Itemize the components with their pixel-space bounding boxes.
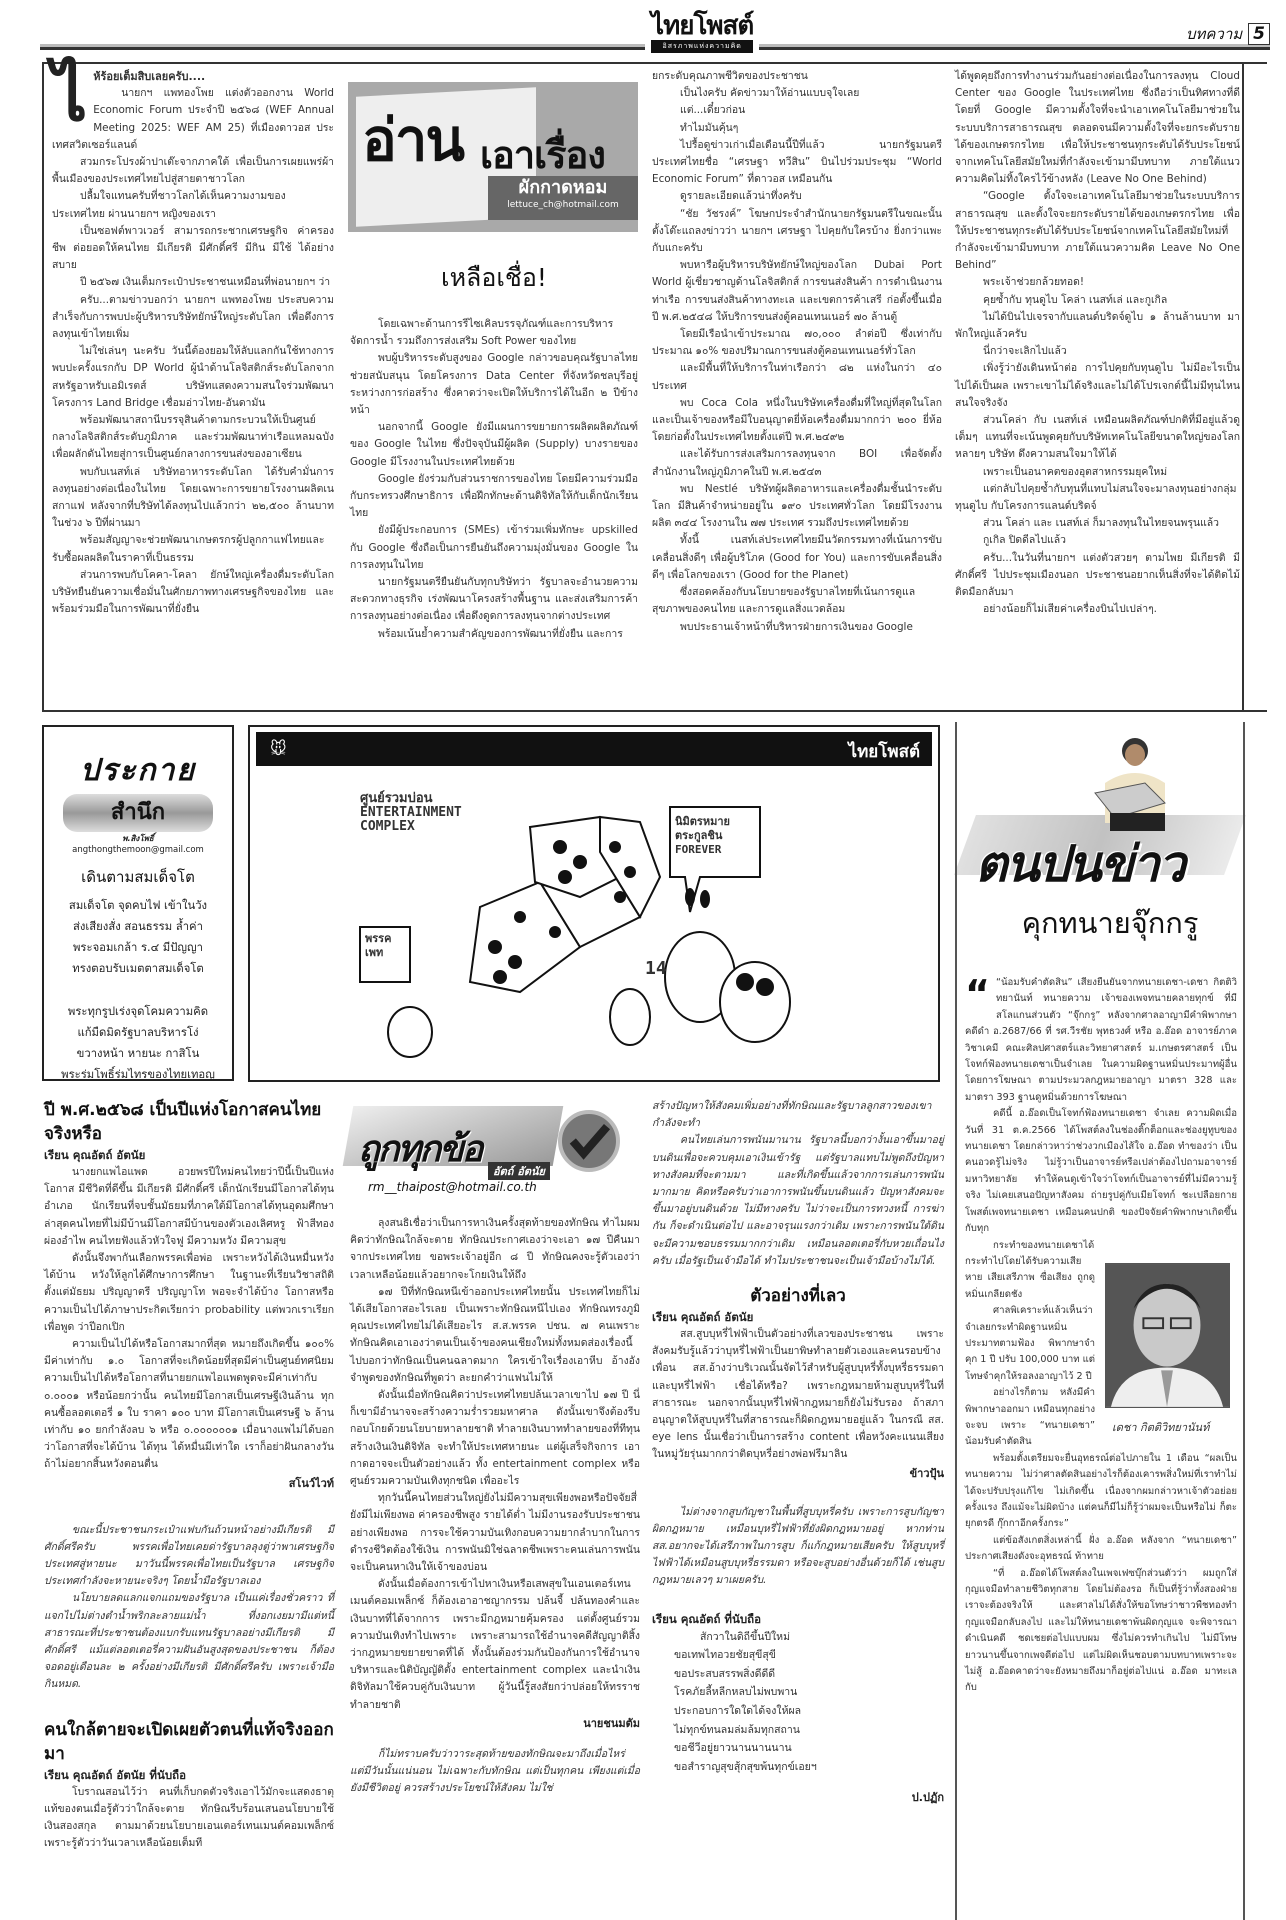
poem-line: สักวาในดิถีขึ้นปีใหม่ (652, 1628, 944, 1647)
letters-col-2: ลุงสนธิเชื่อว่าเป็นการหาเงินครั้งสุดท้าย… (350, 1215, 640, 1798)
prakai-logo: ประกาย (44, 747, 232, 794)
article-paragraph: ครับ...ในวันที่นายกฯ แต่งตัวสวยๆ ตามไพย … (955, 550, 1240, 602)
letter-paragraph: สส.สูบบุหรี่ไฟฟ้าเป็นตัวอย่างที่เลวของปร… (652, 1326, 944, 1464)
column-logo: ถูกทุกข้อ (358, 1120, 481, 1177)
poem-line: ขอสำราญสุขสุ้กสุขพ้นทุกข์เอยฯ (652, 1758, 944, 1777)
cartoon-speech-bubble: นิมิตรหมาย ตระกูลชิน FOREVER (675, 815, 760, 857)
article-paragraph: ส่วนโคล่า กับ เนสท์เล่ เหมือนผลิตภัณฑ์ปก… (955, 412, 1240, 464)
thuk-thuk-kho-banner: ถูกทุกข้อ อัตถ์ อัตนัย rm__thaipost@hotm… (348, 1098, 638, 1190)
poem-line: สมเด็จโต จุดคบไฟ เข้าในวัง (44, 895, 232, 916)
quote-mark-icon: “ (965, 975, 990, 1013)
editor-reply: คนไทยเล่นการพนันมานาน รัฐบาลนี้บอกว่างั้… (652, 1132, 944, 1270)
letter-salutation: เรียน คุณอัตถ์ อัตนัย (652, 1308, 944, 1326)
letter-paragraph: ลุงสนธิเชื่อว่าเป็นการหาเงินครั้งสุดท้าย… (350, 1215, 640, 1284)
article-paragraph: “ชัย วัชรงค์” โฆษกประจำสำนักนายกรัฐมนตรี… (652, 206, 942, 258)
article-paragraph: พบหารือผู้บริหารบริษัทยักษ์ใหญ่ของโลก Du… (652, 257, 942, 326)
letter-paragraph: ความเป็นไปได้หรือโอกาสมากที่สุด หมายถึงเ… (44, 1336, 334, 1474)
article-paragraph: พบ Coca Cola หนึ่งในบริษัทเครื่องดื่มที่… (652, 395, 942, 447)
letter-salutation: เรียน คุณอัตถ์ อัตนัย (44, 1146, 334, 1164)
letter-paragraph: ดังนั้นจึงพากันเลือกพรรคเพื่อพ่อ เพราะหว… (44, 1250, 334, 1336)
poem-line: ทรงตอบรับเมตตาสมเด็จโต (44, 958, 232, 979)
col-article-4: ได้พูดคุยถึงการทำงานร่วมกันอย่างต่อเนื่อ… (955, 68, 1240, 619)
article-paragraph: นอกจากนี้ Google ยังมีแผนการขยายการผลิตผ… (350, 419, 638, 471)
editor-reply: ก็ไม่ทราบครับว่าวาระสุดท้ายของทักษิณจะมา… (350, 1746, 640, 1798)
article-paragraph: แต่...เดี๋ยวก่อน (652, 102, 942, 119)
letters-col-1: ปี พ.ศ.๒๕๖๘ เป็นปีแห่งโอกาสคนไทยจริงหรือ… (44, 1098, 334, 1853)
poem-line: พระร่มโพธิ์ร่มไทรของไทยเทอญ (44, 1064, 232, 1085)
column-banner-an-ao-rueang: อ่าน เอาเรื่อง ผักกาดหอม lettuce_ch@hotm… (348, 82, 638, 232)
cartoon-board-text: พรรค เพท (365, 932, 410, 960)
editor-reply: ขณะนี้ประชาชนกระเป๋าแฟบกันถ้วนหน้าอย่างม… (44, 1522, 334, 1591)
drop-cap: ไ (52, 64, 87, 128)
editorial-cartoon: 🐭 ไทยโพสต์ ศูนย์รวมบ่อน ENTERTAINMENT CO… (248, 725, 940, 1082)
article-paragraph: พบผู้บริหารระดับสูงของ Google กล่าวขอบคุ… (350, 350, 638, 419)
photo-caption: เดชา กิตติวิทยานันท์ (1112, 1418, 1209, 1436)
article-paragraph: ยังมีผู้ประกอบการ (SMEs) เข้าร่วมเพิ่มทั… (350, 522, 638, 574)
col-article-1: ไ ห้ร้อยเต็มสิบเลยครับ.... นายกฯ แพทองโพ… (52, 68, 334, 619)
prakai-poem-box: ประกาย สำนึก พ.สิงโพธิ์ angthongthemoon@… (42, 725, 234, 1081)
article-paragraph: ศาลพิเคราะห์แล้วเห็นว่า จำเลยกระทำผิดฐาน… (965, 1303, 1095, 1385)
cartoon-number: 14 (645, 962, 667, 976)
article-paragraph: และได้รับการส่งเสริมการลงทุนจาก BOI เพื่… (652, 446, 942, 480)
article-paragraph: นายกฯ แพทองโพย แต่งตัวออกงาน World Econo… (52, 85, 334, 154)
portrait-illustration (1106, 1264, 1229, 1407)
columnist-email[interactable]: rm__thaipost@hotmail.co.th (368, 1180, 537, 1194)
letter-paragraph: ดังนั้นเมื่อทักษิณคิดว่าประเทศไทยปล้นเวล… (350, 1387, 640, 1490)
author-email[interactable]: lettuce_ch@hotmail.com (488, 200, 638, 210)
poem-email[interactable]: angthongthemoon@gmail.com (44, 845, 232, 855)
article-paragraph: แต่กลับไปคุยซ้ำกับทุนที่แทบไม่สนใจจะมาลง… (955, 481, 1240, 515)
letter-title: ปี พ.ศ.๒๕๖๘ เป็นปีแห่งโอกาสคนไทยจริงหรือ (44, 1098, 334, 1146)
article-paragraph: พระเจ้าช่วยกล้วยทอด! (955, 274, 1240, 291)
article-paragraph: อย่างน้อยก็ไม่เสียค่าเครื่องบินไปเปล่าๆ. (955, 601, 1240, 618)
poem-line: พระจอมเกล้า ร.๔ มีปัญญา (44, 937, 232, 958)
letter-salutation: เรียน คุณอัตถ์ อัตนัย ที่นับถือ (44, 1766, 334, 1784)
article-paragraph: ทั้งนี้ เนสท์เล่ประเทศไทยมีนวัตกรรมทางที… (652, 532, 942, 584)
cartoon-sign-text: ศูนย์รวมบ่อน ENTERTAINMENT COMPLEX (360, 792, 490, 834)
poem-line: โรคภัยลี้หลีกหลบไม่พบพาน (652, 1683, 944, 1702)
tonpon-frame-right (1243, 722, 1245, 1920)
article-paragraph: นายกรัฐมนตรียืนยันกับทุกบริษัทว่า รัฐบาล… (350, 574, 638, 626)
article-paragraph: “Google ตั้งใจจะเอาเทคโนโลยีมาช่วยในระบบ… (955, 188, 1240, 274)
poem-line: ขวางหน้า หายนะ กาสิโน (44, 1043, 232, 1064)
page-number: 5 (1248, 23, 1270, 45)
col-article-2: เหลือเชื่อ! โดยเฉพาะด้านการรีไซเคิลบรรจุ… (350, 258, 638, 643)
poem-line: ส่งเสียงสั่ง สอนธรรม ล้ำค่า (44, 916, 232, 937)
article-paragraph: และมีพื้นที่ให้บริการในท่าเรือกว่า ๘๒ แห… (652, 360, 942, 394)
article-paragraph: ปี ๒๕๖๗ เงินเต็มกระเป๋าประชาชนเหมือนที่พ… (52, 274, 334, 291)
poem-line: ไม่ทุกข์ทนลมล่มล้มทุกสถาน (652, 1721, 944, 1740)
letter-paragraph: โบราณสอนไว้ว่า คนที่เก็บกดตัวจริงเอาไว้ม… (44, 1784, 334, 1853)
article-paragraph: ส่วน โคล่า และ เนสท์เล่ ก็มาลงทุนในไทยจน… (955, 515, 1240, 532)
poem-line: แก้มืดมิดรัฐบาลบริหารโง่ (44, 1022, 232, 1043)
scroll-banner: สำนึก (63, 794, 213, 832)
editor-reply: สร้างปัญหาให้สังคมเพิ่มอย่างที่ทักษิณและ… (652, 1098, 944, 1132)
tonpon-logo: ตนปนข่าว (975, 825, 1184, 904)
letter-salutation: เรียน คุณอัตถ์ ที่นับถือ (652, 1610, 944, 1628)
article-paragraph: สวมกระโปรงผ้าปาเต๊ะจากภาคใต้ เพื่อเป็นกา… (52, 154, 334, 188)
poem-title: เดินตามสมเด็จโต (44, 865, 232, 889)
article-paragraph: “ที่ อ.อ๊อดได้โพสต์ลงในเพจเฟซบุ๊กส่วนตัว… (965, 1566, 1237, 1697)
poem-author: พ.สิงโพธิ์ (44, 832, 232, 845)
article-paragraph: อย่างไรก็ตาม หลังมีคำพิพากษาออกมา เหมือน… (965, 1385, 1095, 1451)
tonpon-frame-left (955, 722, 957, 1920)
newspaper-logo: ไทยโพสต์ อิสรภาพแห่งความคิด (645, 12, 759, 53)
cartoon-header-bar: 🐭 ไทยโพสต์ (256, 732, 932, 766)
article-paragraph: เป็นไงครับ คัดข่าวมาให้อ่านแบบจุใจเลย (652, 85, 942, 102)
reading-man-illustration (1085, 733, 1175, 833)
article-paragraph: นี่กว่าจะเลิกไปแล้ว (955, 343, 1240, 360)
letter-signature: ป.ปฏัก (652, 1788, 944, 1806)
letter-paragraph: ๑๗ ปีที่ทักษิณหนีเข้าออกประเทศไทยนั้น ปร… (350, 1284, 640, 1387)
letter-signature: นายชนมตัม (350, 1714, 640, 1732)
article-paragraph: พบกับเนสท์เล่ บริษัทอาหารระดับโลก ได้รับ… (52, 464, 334, 533)
article-paragraph: พบประธานเจ้าหน้าที่บริหารฝ่ายการเงินของ … (652, 619, 942, 636)
poem-line: ขอเทพไทอวยชัยสุขีสุขี (652, 1646, 944, 1665)
poem-line: ประกอบการใดใดได้จงให้ผล (652, 1702, 944, 1721)
article-paragraph: กูเกิล ปิดดีลไปแล้ว (955, 532, 1240, 549)
cartoon-brand: ไทยโพสต์ (849, 738, 920, 765)
editor-reply: นโยบายลดแลกแจกแถมของรัฐบาล เป็นแค่เรื่อง… (44, 1590, 334, 1693)
article-paragraph: เพราะเป็นอนาคตของอุตสาหกรรมยุคใหม่ (955, 464, 1240, 481)
article-paragraph: ยกระดับคุณภาพชีวิตของประชาชน (652, 68, 942, 85)
poem-line: ขอประสบสรรพสิ่งดีดีดี (652, 1665, 944, 1684)
article-paragraph: แต่ข้อสังเกตสิ่งเหล่านี้ ฝั่ง อ.อ๊อด หลั… (965, 1533, 1237, 1566)
article-paragraph: เป็นซอฟต์พาวเวอร์ สามารถกระชากเศรษฐกิจ ค… (52, 223, 334, 275)
article-paragraph: ไม่ได้บินไปเจรจากับแลนด์บริดจ์ดูไบ ๑ ล้า… (955, 309, 1240, 343)
article-paragraph: โดยมีเรือนำเข้าประมาณ ๗๐,๐๐๐ ลำต่อปี ซึ่… (652, 326, 942, 360)
article-paragraph: พร้อมสัญญาจะช่วยพัฒนาเกษตรกรผู้ปลูกกาแฟไ… (52, 532, 334, 566)
article-paragraph: พร้อมตั้งเตรียมจะยื่นอุทธรณ์ต่อไปภายใน 1… (965, 1451, 1237, 1533)
article-paragraph: ส่วนการพบกับโคคา-โคลา ยักษ์ใหญ่เครื่องดื… (52, 567, 334, 619)
columnist-name: อัตถ์ อัตนัย (488, 1162, 550, 1180)
top-frame-right-edge (1242, 62, 1244, 712)
article-paragraph: โดยเฉพาะด้านการรีไซเคิลบรรจุภัณฑ์และการบ… (350, 316, 638, 350)
checkmark-icon (558, 1110, 620, 1172)
section-label: บทความ5 (1186, 22, 1270, 46)
letter-paragraph: ทุกวันนี้คนไทยส่วนใหญ่ยังไม่มีความสุขเพี… (350, 1490, 640, 1576)
letter-title: คนใกล้ตายจะเปิดเผยตัวตนที่แท้จริงออกมา (44, 1718, 334, 1766)
letter-paragraph: ดังนั้นเมื่อต้องการเข้าไปหาเงินหรือเสพสุ… (350, 1576, 640, 1714)
poem-line: ขอชีวีอยู่ยาวนานนานนาน (652, 1739, 944, 1758)
letters-col-3: สร้างปัญหาให้สังคมเพิ่มอย่างที่ทักษิณและ… (652, 1098, 944, 1806)
article-paragraph: “น้อมรับคำตัดสิน” เสียงยืนยันจากทนายเดชา… (965, 975, 1237, 1106)
article-paragraph: พบ Nestlé บริษัทผู้ผลิตอาหารและเครื่องดื… (652, 481, 942, 533)
article-paragraph: Google ยังร่วมกับส่วนราชการของไทย โดยมีค… (350, 471, 638, 523)
poem-line: พระทุกรูปเร่งจุดโคมความคิด (44, 1001, 232, 1022)
mascot-icon: 🐭 (270, 739, 287, 758)
headline: เหลือเชื่อ! (350, 258, 638, 298)
article-paragraph: ทำไมมันคุ้นๆ (652, 120, 942, 137)
editor-reply: ไม่ต่างจากสูบกัญชาในพื้นที่สูบบุหรี่ครับ… (652, 1504, 944, 1590)
article-paragraph: พร้อมเน้นย้ำความสำคัญของการพัฒนาที่ยั่งย… (350, 626, 638, 643)
article-paragraph: ครับ...ตามข่าวบอกว่า นายกฯ แพทองโพย ประส… (52, 292, 334, 344)
lead-line: ห้ร้อยเต็มสิบเลยครับ.... (52, 68, 334, 85)
author-tag: ผักกาดหอม lettuce_ch@hotmail.com (488, 176, 638, 220)
letter-title: ตัวอย่างที่เลว (652, 1284, 944, 1308)
article-paragraph: ไม่ใช่เล่นๆ นะครับ วันนี้ต้องยอมให้ลับแล… (52, 343, 334, 412)
article-paragraph: คดีนี้ อ.อ๊อดเป็นโจทก์ฟ้องทนายเดชา จำเลย… (965, 1106, 1237, 1237)
masthead: ไทยโพสต์ อิสรภาพแห่งความคิด บทความ5 (40, 0, 1270, 58)
article-paragraph: เพิ่งรู้ว่ายังเดินหน้าต่อ การไปคุยกับทุน… (955, 360, 1240, 412)
article-paragraph: ปลื้มใจแทนครับที่ชาวโลกได้เห็นความงามของ… (52, 188, 334, 222)
article-paragraph: ซึ่งสอดคล้องกับนโยบายของรัฐบาลไทยที่เน้น… (652, 584, 942, 618)
col-article-3: ยกระดับคุณภาพชีวิตของประชาชน เป็นไงครับ … (652, 68, 942, 636)
article-paragraph: ไปรื้อดูข่าวเก่าเมื่อเดือนนี้ปีที่แล้ว น… (652, 137, 942, 189)
portrait-photo (1105, 1263, 1230, 1408)
article-paragraph: พร้อมพัฒนาสถานีบรรจุสินค้าตามกระบวนให้เป… (52, 412, 334, 464)
letter-paragraph: นางยกแพไอแพด อวยพรปีใหม่คนไทยว่าปีนี้เป็… (44, 1164, 334, 1250)
article-paragraph: คุยซ้ำกับ ทุนดูไบ โคล่า เนสท์เล่ และกูเก… (955, 292, 1240, 309)
article-paragraph: ได้พูดคุยถึงการทำงานร่วมกันอย่างต่อเนื่อ… (955, 68, 1240, 188)
letter-signature: สโนว์ไวท์ (44, 1474, 334, 1492)
tonpon-headline: คุกทนายจุ๊กกรู (960, 900, 1260, 946)
article-paragraph: ดูรายละเอียดแล้วน่าทึ่งครับ (652, 188, 942, 205)
new-year-poem: สักวาในดิถีขึ้นปีใหม่ ขอเทพไทอวยชัยสุขีส… (652, 1628, 944, 1777)
letter-signature: ข้าวปุ้น (652, 1464, 944, 1482)
article-paragraph: กระทำของทนายเดชาได้กระทำไปโดยได้รับความเ… (965, 1238, 1095, 1304)
